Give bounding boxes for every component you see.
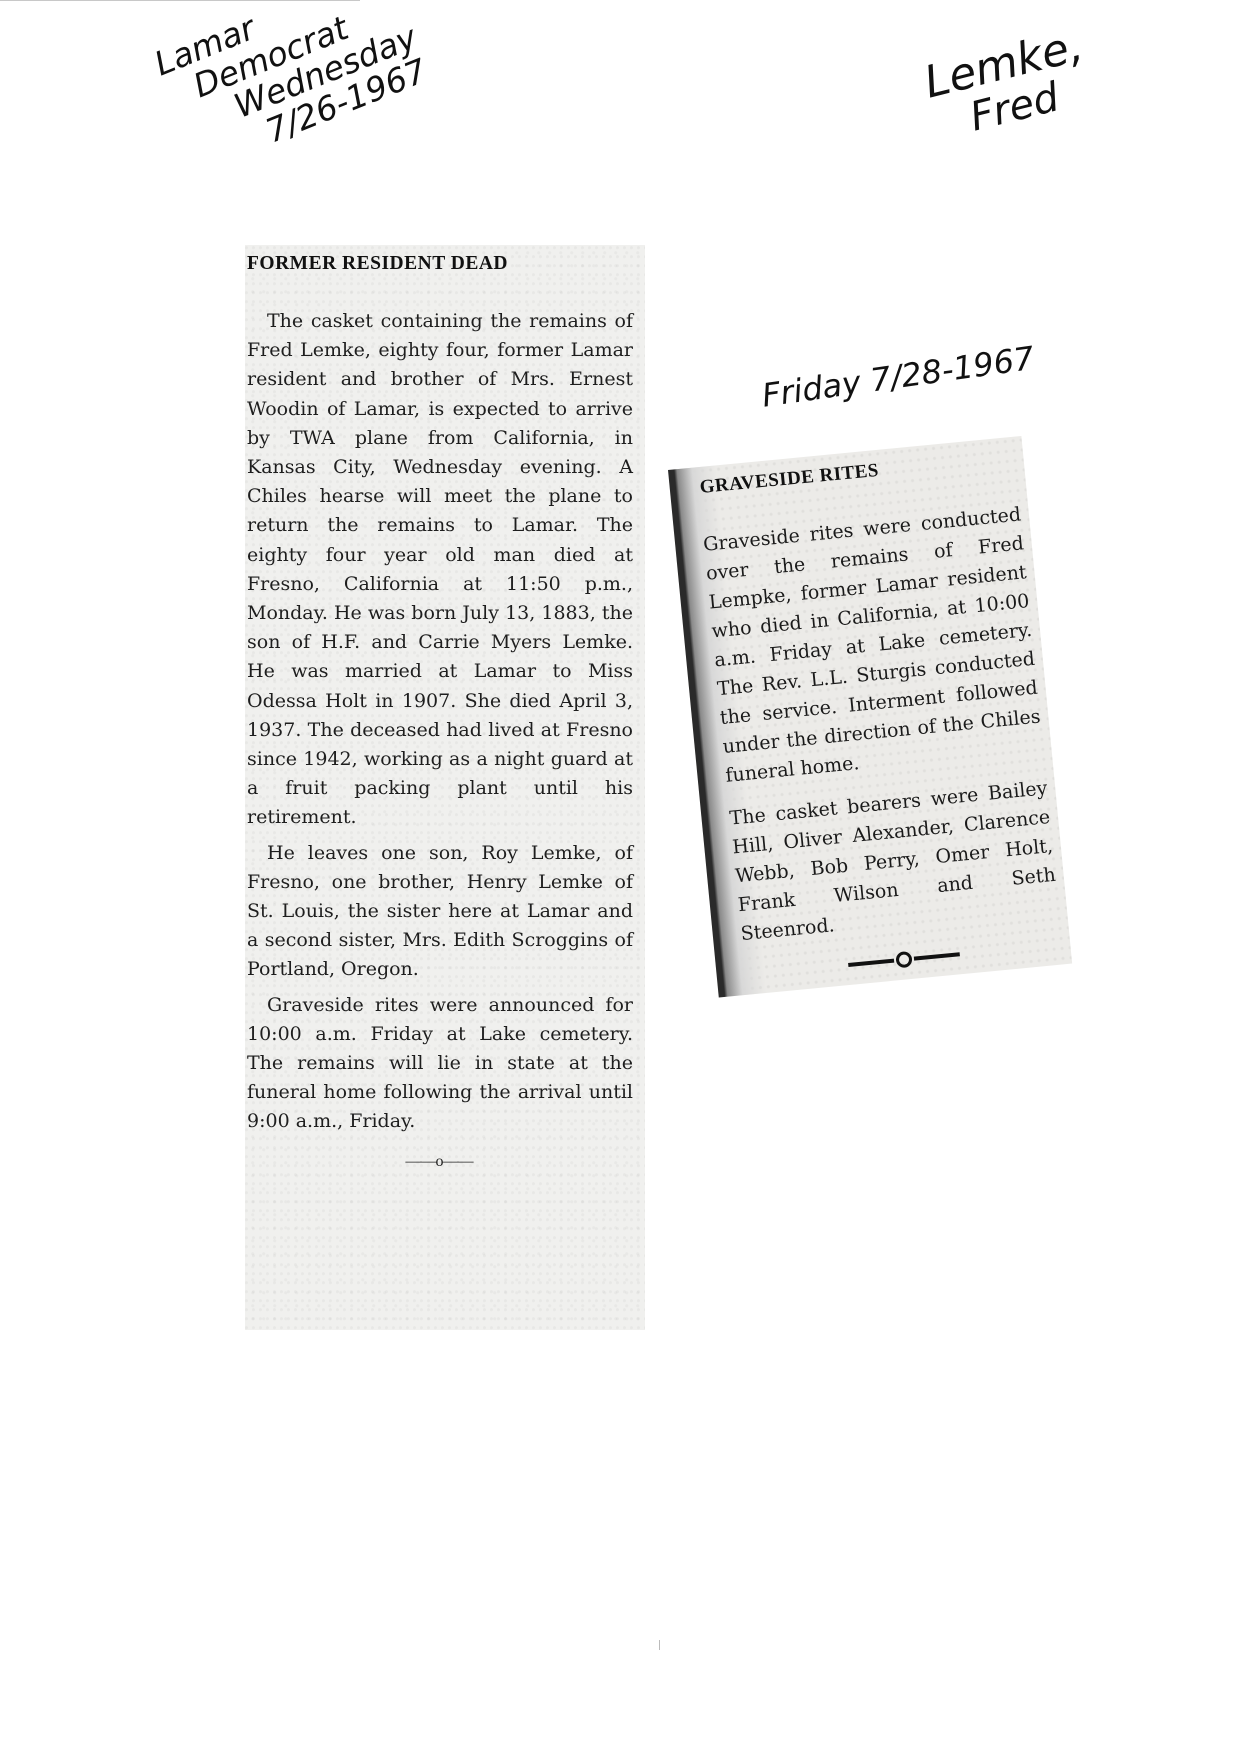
clipping-paragraph: The casket bearers were Bailey Hill, Oli… (728, 774, 1059, 949)
clipping-headline: GRAVESIDE RITES (699, 447, 1017, 499)
clipping-paragraph: He leaves one son, Roy Lemke, of Fresno,… (247, 839, 633, 985)
clipping-headline: FORMER RESIDENT DEAD (247, 253, 633, 275)
clipping-paragraph: The casket containing the remains of Fre… (247, 307, 633, 833)
handwritten-second-date: Friday 7/28-1967 (760, 342, 1036, 413)
handwritten-name-note: Lemke, Fred (920, 23, 1098, 148)
ornament-circle (895, 951, 912, 968)
handwritten-source-note: Lamar Democrat Wednesday 7/26-1967 (150, 0, 435, 178)
clipping-body: The casket containing the remains of Fre… (245, 307, 633, 1137)
end-ornament: ——o—— (245, 1153, 633, 1171)
clipping-body: Graveside rites were conducted over the … (702, 500, 1060, 949)
clipping-paragraph: Graveside rites were announced for 10:00… (247, 991, 633, 1137)
scan-artifact (659, 1640, 660, 1650)
clipping-former-resident-dead: FORMER RESIDENT DEAD The casket containi… (245, 245, 645, 1330)
ornament-bar (848, 959, 894, 967)
ornament-bar (913, 952, 959, 960)
clipping-paragraph: Graveside rites were conducted over the … (702, 500, 1045, 790)
clipping-graveside-rites: GRAVESIDE RITES Graveside rites were con… (668, 436, 1072, 998)
